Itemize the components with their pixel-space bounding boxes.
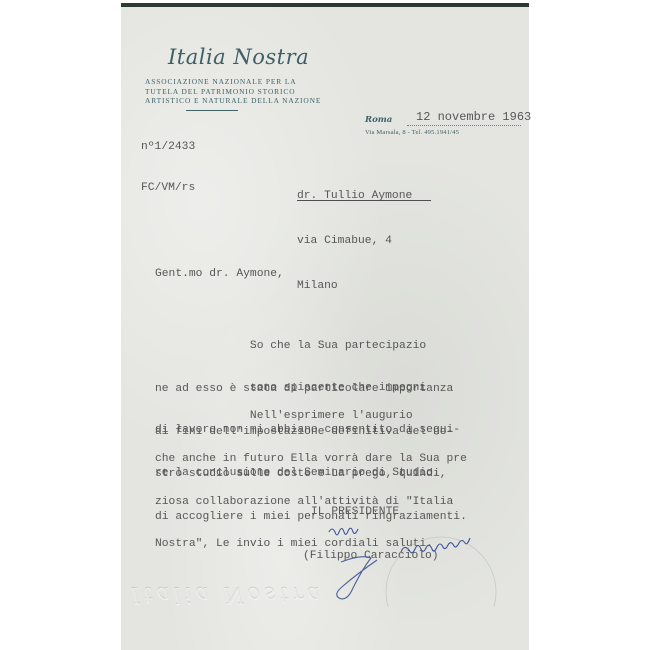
letterhead-city: Roma <box>365 115 392 125</box>
letterhead-address: Via Marsala, 8 - Tel. 495.1941/45 <box>365 129 459 136</box>
recipient-name: dr. Tullio Aymone <box>297 189 412 204</box>
association-line: Artistico e Naturale della Nazione <box>145 96 321 106</box>
salutation: Gent.mo dr. Aymone, <box>155 267 460 281</box>
protocol-reference: nº1/2433 FC/VM/rs <box>141 114 195 222</box>
body-line: Nell'esprimere l'augurio <box>155 409 467 423</box>
association-name: Associazione Nazionale per la Tutela del… <box>145 77 321 106</box>
association-line: Tutela del Patrimonio Storico <box>145 87 321 97</box>
letter-page: Italia Nostra Associazione Nazionale per… <box>121 3 529 650</box>
association-line: Associazione Nazionale per la <box>145 77 321 87</box>
italia-nostra-logo: Italia Nostra <box>168 45 309 69</box>
protocol-number: nº1/2433 <box>141 141 195 155</box>
letter-date: 12 novembre 1963 <box>416 111 531 125</box>
recipient-underline <box>297 200 431 201</box>
letterhead-divider <box>186 110 238 111</box>
watermark: Italia Nostra <box>131 577 521 607</box>
body-line: So che la Sua partecipazio <box>155 339 467 353</box>
protocol-initials: FC/VM/rs <box>141 182 195 196</box>
body-line: che anche in futuro Ella vorrà dare la S… <box>155 452 467 466</box>
date-dotted-line <box>407 125 521 126</box>
